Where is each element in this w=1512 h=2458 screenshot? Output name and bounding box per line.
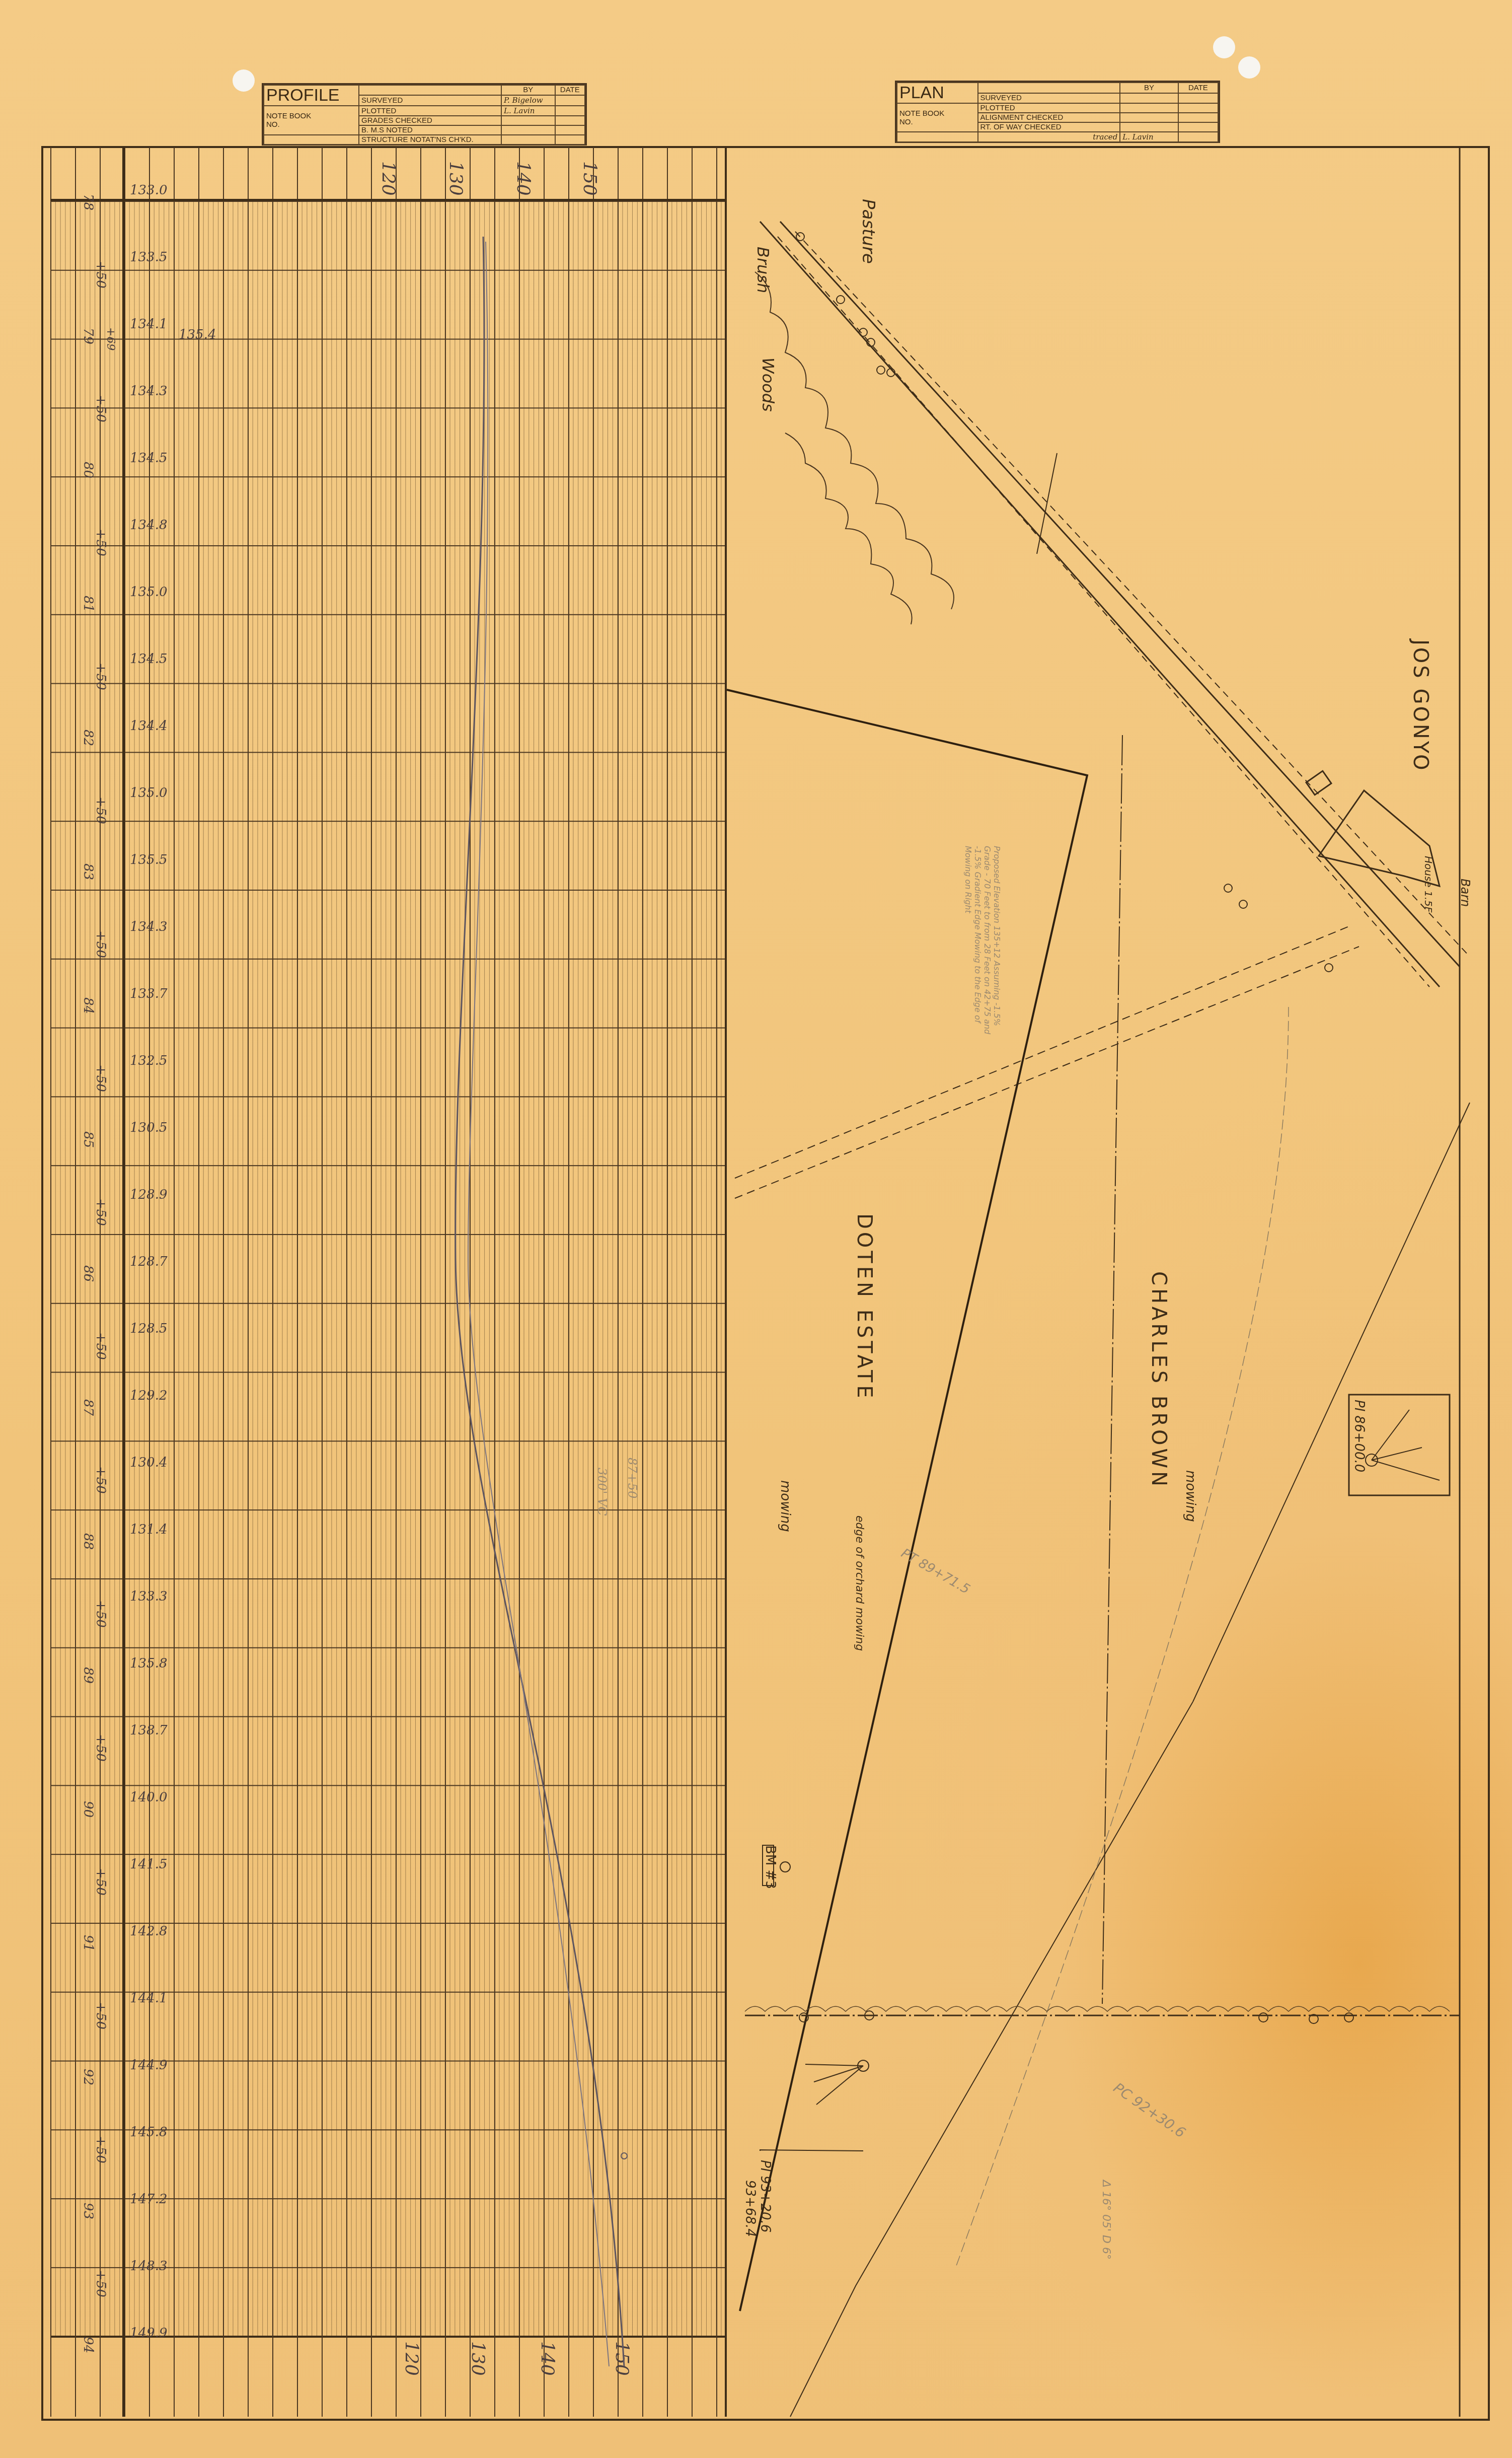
pasture-label: Pasture	[858, 199, 878, 264]
mowing-label: mowing	[778, 1480, 793, 1532]
pi-tie-label: PI 86+00.0	[1351, 1400, 1367, 1472]
house-label: House 1.5F	[1422, 856, 1434, 912]
woods-label: Woods	[759, 357, 778, 412]
proposed-elevation-note: Proposed Elevation 135+12 Assuming -1.5%…	[963, 846, 1002, 1047]
pi-station-label: PI 93+20.6	[758, 2160, 773, 2232]
pi-station-alt-label: 93+68.4	[742, 2180, 758, 2237]
benchmark-label: BM #3	[763, 1845, 778, 1889]
barn-label: Barn	[1458, 879, 1472, 907]
owner-label-doten: DOTEN ESTATE	[853, 1213, 876, 1401]
owner-label-gonyo: JOS GONYO	[1409, 639, 1432, 772]
curve-data-note: Δ 16° 05' D 6°	[1100, 2180, 1112, 2260]
mowing-label: mowing	[1183, 1470, 1198, 1522]
brush-label: Brush	[753, 247, 773, 293]
drawing-linework	[0, 0, 1512, 2458]
edge-of-mowing-label: edge of orchard mowing	[853, 1515, 866, 1651]
owner-label-brown: CHARLES BROWN	[1147, 1271, 1170, 1489]
